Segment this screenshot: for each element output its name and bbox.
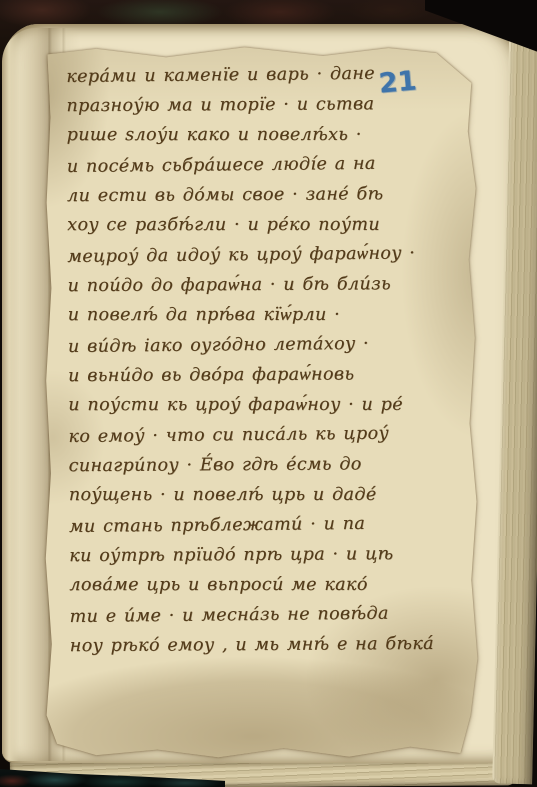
manuscript-line: ти е и́ме · и месна́зь не повѣ́да <box>69 598 451 632</box>
manuscript-line: и повелѣ́ да прѣ́ва кїѡ́рли · <box>68 300 450 330</box>
manuscript-leaf-paper: кера́ми и каменїе и варь · дане празноу́… <box>44 46 480 758</box>
manuscript-line: ноу рѣко́ емоу , и мь мнѣ́ е на бѣка́ <box>70 629 452 661</box>
manuscript-line: и вьни́до вь дво́ра фараѡ́новь <box>68 359 450 391</box>
manuscript-line: и пои́до до фараѡ́на · и бѣ бли́зь <box>67 269 449 301</box>
manuscript-line: рише ѕлоу́и како и повелѣ́хь · <box>67 120 449 150</box>
manuscript-line: мецроу́ да идоу́ кь цроу́ фараѡ́ноу · <box>67 238 449 272</box>
manuscript-photo: кера́ми и каменїе и варь · дане празноу́… <box>0 0 537 787</box>
manuscript-line: ко емоу́ · что си писа́ль кь цроу́ <box>68 418 450 452</box>
folio-number: 21 <box>378 67 418 97</box>
manuscript-line: ли ести вь до́мы свое · зане́ бѣ <box>67 179 449 211</box>
manuscript-text: кера́ми и каменїе и варь · дане празноу́… <box>66 59 452 661</box>
manuscript-line: и поу́сти кь цроу́ фараѡ́ноу · и ре́ <box>68 390 450 420</box>
manuscript-line: хоу се разбѣ́гли · и ре́ко поу́ти <box>67 210 449 240</box>
manuscript-line: и посе́мь сьбра́шесе люді́е а на <box>67 148 449 182</box>
manuscript-line: поу́щень · и повелѣ́ црь и даде́ <box>69 480 451 510</box>
manuscript-leaf: кера́ми и каменїе и варь · дане празноу́… <box>44 46 480 758</box>
manuscript-line: синагри́поу · Е́во гдѣ е́смь до <box>69 449 451 481</box>
manuscript-line: ки оу́трѣ прїидо́ прѣ цра · и цѣ <box>69 539 451 571</box>
manuscript-line: лова́ме црь и вьпроси́ ме како́ <box>69 570 451 600</box>
manuscript-line: и ви́дѣ іако оуго́дно лета́хоу · <box>68 328 450 362</box>
manuscript-line: ми стань прѣблежати́ · и па <box>69 508 451 542</box>
